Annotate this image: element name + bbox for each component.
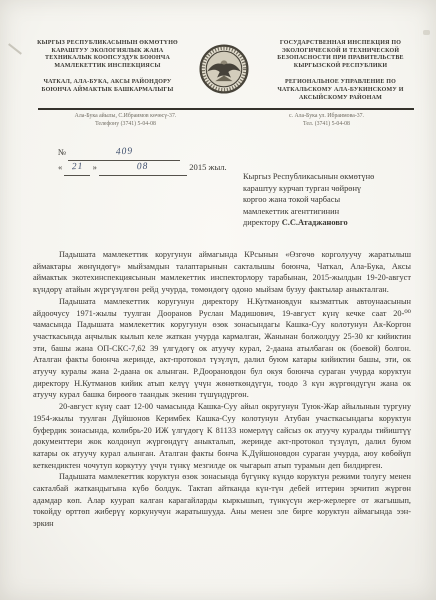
- day-handwritten: 21: [71, 161, 83, 175]
- letterhead-right-russian: ГОСУДАРСТВЕННАЯ ИНСПЕКЦИЯ ПО ЭКОЛОГИЧЕСК…: [261, 40, 420, 102]
- month-handwritten: 08: [137, 161, 149, 175]
- date-line: « 21 » 08 2015 жыл.: [58, 161, 248, 176]
- ref-number-label: №: [58, 147, 66, 157]
- contact-right: с. Ала-Бука ул. Ибраимова-37. Тел. (3741…: [239, 113, 414, 128]
- body-paragraph: Падышата мамлекеттик коруктун өзөк зонас…: [33, 471, 411, 530]
- body-paragraph: Падышата мамлекеттик коругунун аймагында…: [33, 249, 411, 296]
- quote-open: «: [58, 162, 62, 172]
- letterhead: КЫРГЫЗ РЕСПУБЛИКАСЫНЫН ӨКМӨТҮНӨ КАРАШТУУ…: [28, 40, 420, 102]
- address-kyrgyz: Ала-Бука айылы, С.Ибраимов көчөсү-37.: [38, 113, 213, 121]
- org-name-kyrgyz: КЫРГЫЗ РЕСПУБЛИКАСЫНЫН ӨКМӨТҮНӨ КАРАШТУУ…: [28, 40, 187, 70]
- body-paragraph: 20-август күнү саат 12-00 чамасында Кашк…: [33, 401, 411, 471]
- month-underline: 08: [99, 161, 187, 176]
- director-label: директору: [243, 218, 282, 227]
- contact-left: Ала-Бука айылы, С.Ибраимов көчөсү-37. Те…: [38, 113, 213, 128]
- emblem-container: [187, 40, 261, 100]
- letterhead-left-kyrgyz: КЫРГЫЗ РЕСПУБЛИКАСЫНЫН ӨКМӨТҮНӨ КАРАШТУУ…: [28, 40, 187, 95]
- ref-number-handwritten: 409: [115, 146, 133, 160]
- dept-name-russian: РЕГИОНАЛЬНОЕ УПРАВЛЕНИЕ ПО ЧАТКАЛЬСКОМУ …: [261, 79, 420, 102]
- addressee-line: мамлекеттик агенттигинин: [243, 206, 415, 218]
- quote-close: »: [93, 162, 97, 172]
- body-paragraph: Падышата мамлекеттик коругунун директору…: [33, 296, 411, 401]
- day-underline: 21: [64, 161, 90, 176]
- phone-russian: Тел. (3741) 5-04-08: [239, 121, 414, 129]
- scan-artifact: [423, 30, 430, 35]
- scanned-letter-page: КЫРГЫЗ РЕСПУБЛИКАСЫНЫН ӨКМӨТҮНӨ КАРАШТУУ…: [0, 0, 436, 600]
- letterhead-divider: [38, 108, 414, 110]
- ref-number-line: № 409: [58, 146, 248, 161]
- scan-artifact: [8, 43, 22, 54]
- addressee-director-line: директору С.С.Атаджановго: [243, 217, 415, 229]
- dept-name-kyrgyz: ЧАТКАЛ, АЛА-БУКА, АКСЫ РАЙОНДОРУ БОЮНЧА …: [28, 79, 187, 94]
- address-russian: с. Ала-Бука ул. Ибраимова-37.: [239, 113, 414, 121]
- state-emblem-icon: [198, 43, 250, 100]
- ref-block: № 409 « 21 » 08 2015 жыл.: [58, 146, 248, 176]
- addressee-line: караштуу курчап турган чөйрөнү: [243, 183, 415, 195]
- org-name-russian: ГОСУДАРСТВЕННАЯ ИНСПЕКЦИЯ ПО ЭКОЛОГИЧЕСК…: [261, 40, 420, 70]
- ref-number-underline: 409: [68, 146, 180, 161]
- addressee-block: Кыргыз Республикасынын өкмөтүнө караштуу…: [243, 171, 415, 229]
- contact-block: Ала-Бука айылы, С.Ибраимов көчөсү-37. Те…: [38, 113, 414, 128]
- letter-body: Падышата мамлекеттик коругунун аймагында…: [33, 249, 411, 530]
- director-name: С.С.Атаджановго: [282, 218, 348, 227]
- phone-kyrgyz: Телефону (3741) 5-04-08: [38, 121, 213, 129]
- addressee-line: коргоо жана токой чарбасы: [243, 194, 415, 206]
- addressee-line: Кыргыз Республикасынын өкмөтүнө: [243, 171, 415, 183]
- year-label: 2015 жыл.: [189, 162, 226, 172]
